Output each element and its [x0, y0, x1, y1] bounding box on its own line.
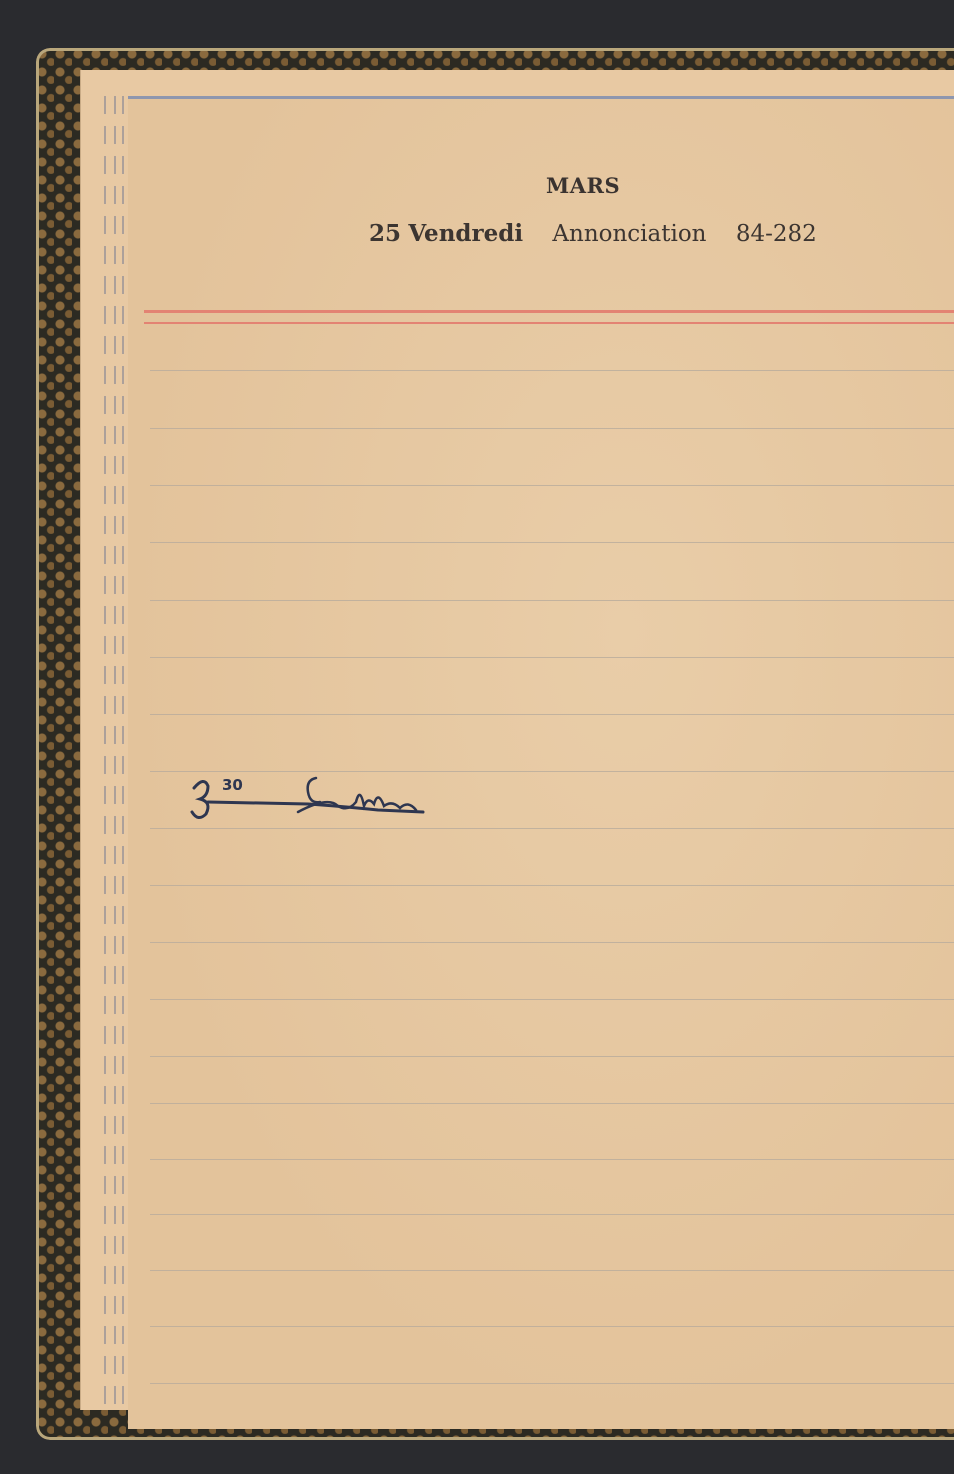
ruled-line: [150, 999, 954, 1000]
ruled-line: [150, 1326, 954, 1327]
ruled-line: [150, 428, 954, 429]
day-number: 25: [369, 220, 401, 247]
feast-name: Annonciation: [552, 221, 706, 247]
header-red-rule: [144, 310, 954, 313]
page-edge: [104, 96, 106, 1406]
ruled-line: [150, 1383, 954, 1384]
ruled-line: [150, 600, 954, 601]
ruled-line: [150, 1056, 954, 1057]
weekday: Vendredi: [408, 220, 523, 247]
page-edge: [122, 96, 124, 1406]
entry-description: Gouttière: [236, 775, 362, 805]
month-heading: MARS: [546, 173, 620, 198]
ruled-line: [150, 485, 954, 486]
ruled-line: [150, 542, 954, 543]
entry-time: 3³⁰: [190, 775, 227, 805]
ruled-line: [150, 370, 954, 371]
diary-page: [128, 96, 954, 1429]
ruled-line: [150, 1214, 954, 1215]
day-of-year: 84-282: [736, 221, 817, 247]
ruled-line: [150, 1270, 954, 1271]
ruled-line: [150, 1103, 954, 1104]
ruled-line: [150, 714, 954, 715]
page-edge: [114, 96, 116, 1406]
header-red-rule: [144, 322, 954, 324]
ruled-line: [150, 885, 954, 886]
ruled-line: [150, 942, 954, 943]
ruled-line: [150, 1159, 954, 1160]
ruled-line: [150, 657, 954, 658]
date-heading: 25 Vendredi Annonciation 84-282: [369, 220, 817, 247]
